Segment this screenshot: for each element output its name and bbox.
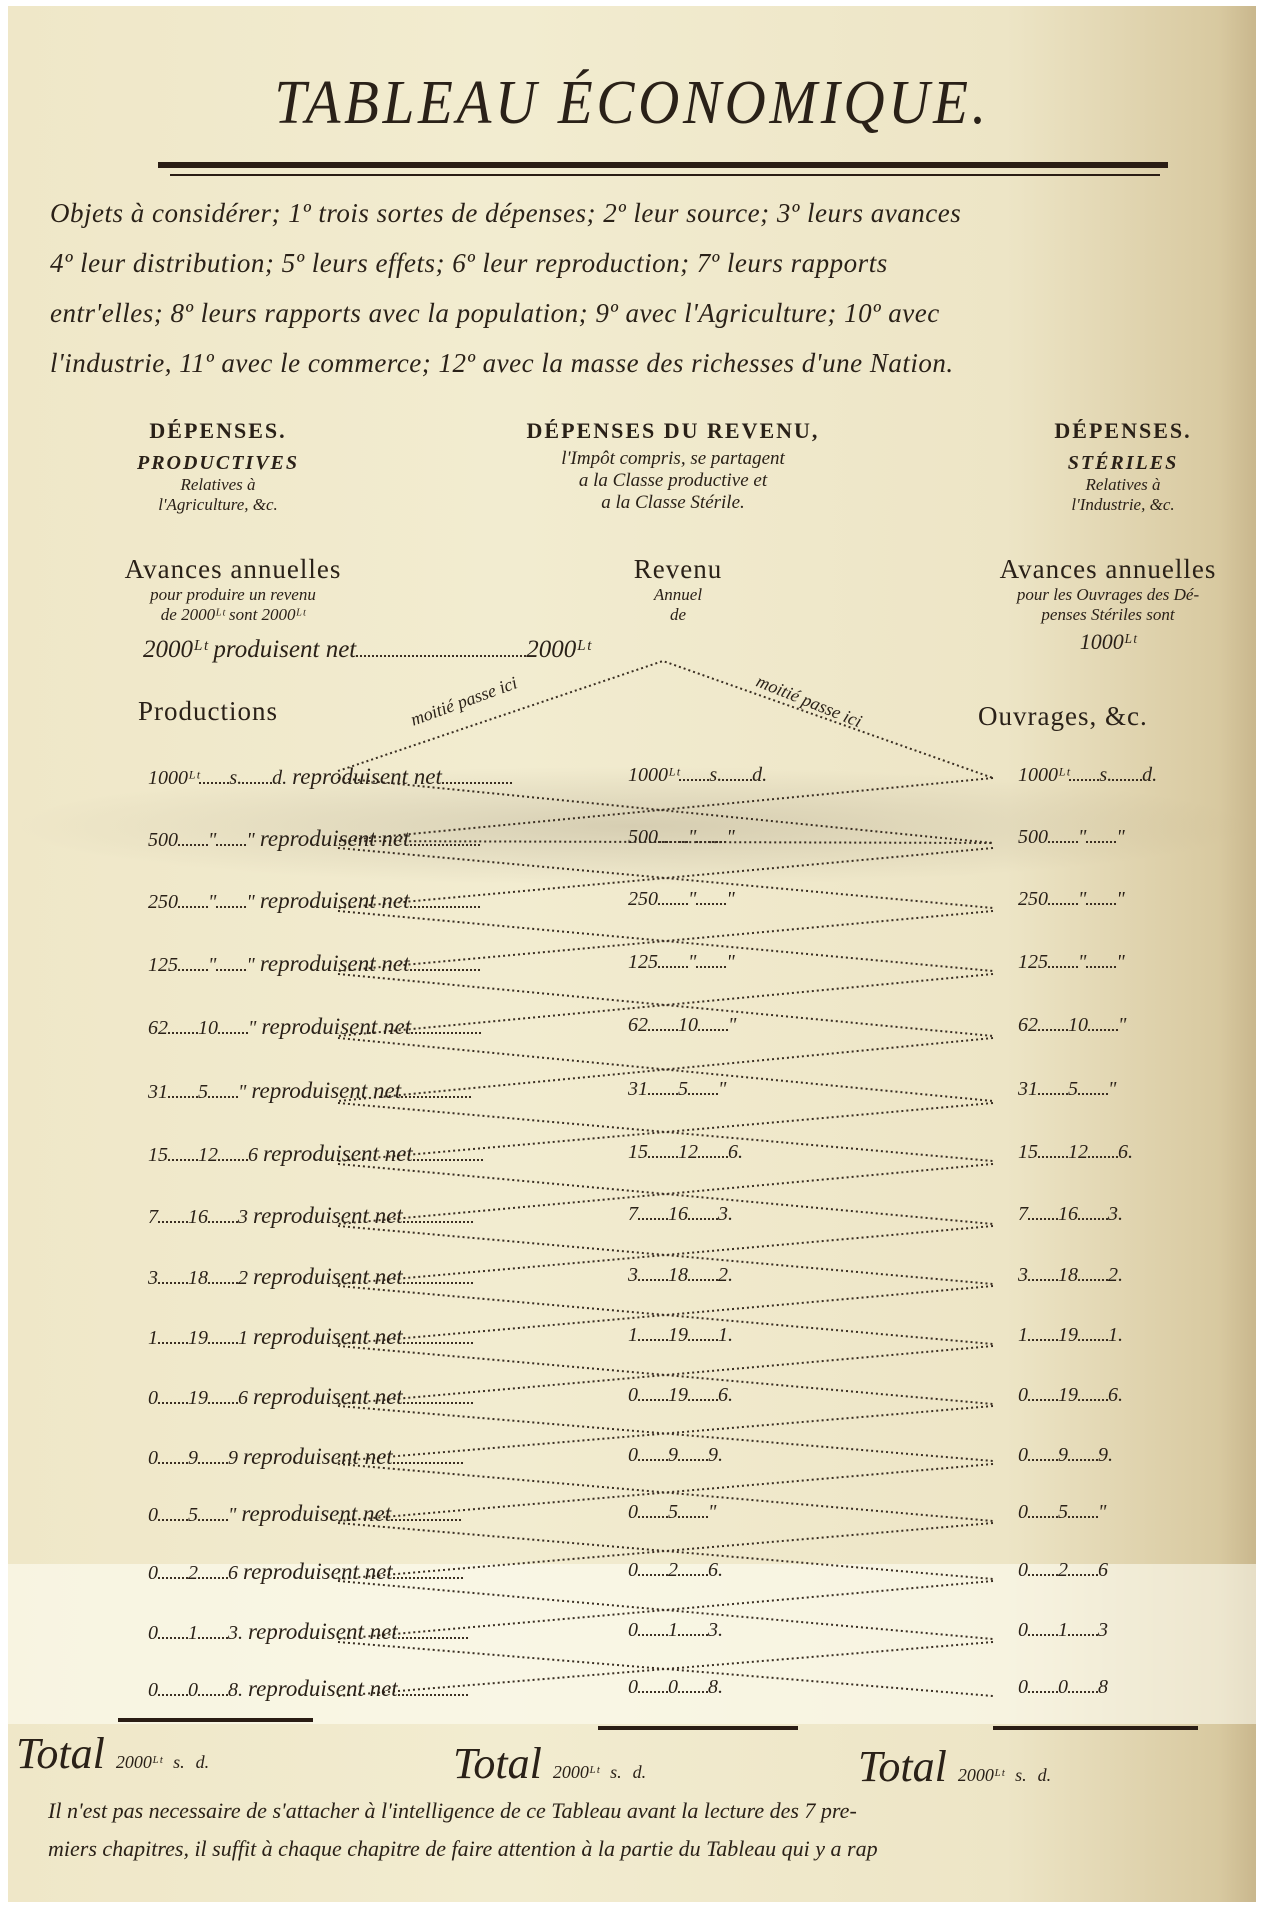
dotted-leader <box>1028 1333 1058 1341</box>
row-value: reproduisent net <box>248 1676 398 1701</box>
dotted-leader <box>1068 1628 1098 1636</box>
dotted-leader <box>208 1336 238 1344</box>
row-value: 3 <box>148 1267 158 1289</box>
dotted-leader <box>410 838 480 846</box>
dotted-leader <box>158 1336 188 1344</box>
row-value: 0 <box>188 1679 198 1701</box>
row-value: 15 <box>1018 1141 1038 1163</box>
row-value: 3 <box>1098 1619 1108 1641</box>
row-right-11: 099. <box>1018 1444 1113 1467</box>
intro-line-1: Objets à considérer; 1º trois sortes de … <box>50 198 961 229</box>
row-value: 0 <box>148 1562 158 1584</box>
row-value: reproduisent net <box>251 1078 401 1103</box>
row-value: 3 <box>1018 1264 1028 1286</box>
dotted-leader <box>1028 1510 1058 1518</box>
center-column-header: DÉPENSES DU REVENU, l'Impôt compris, se … <box>448 418 898 514</box>
left-note-1: Relatives à <box>103 475 333 495</box>
right-avances-title: Avances annuelles <box>958 554 1258 585</box>
page-title: TABLEAU ÉCONOMIQUE. <box>58 68 1206 139</box>
dotted-leader <box>178 963 208 971</box>
row-value: 15 <box>148 1144 168 1166</box>
dotted-leader <box>1068 1568 1098 1576</box>
row-value: reproduisent net <box>243 1559 393 1584</box>
right-column-header: DÉPENSES. STÉRILES Relatives à l'Industr… <box>1008 418 1238 515</box>
dotted-leader <box>403 1336 473 1344</box>
row-value: 1 <box>1058 1619 1068 1641</box>
row-value: s. <box>229 767 242 789</box>
dotted-leader <box>158 1396 188 1404</box>
row-value: 18 <box>1058 1264 1078 1286</box>
row-center-9: 1191. <box>628 1324 733 1347</box>
row-value: 6 <box>238 1387 248 1409</box>
dotted-leader <box>698 1150 728 1158</box>
row-value: 1000ᴸᵗ <box>628 764 679 786</box>
dotted-leader <box>688 1393 718 1401</box>
row-value: reproduisent net <box>248 1619 398 1644</box>
dotted-leader <box>398 1631 468 1639</box>
dotted-leader <box>208 1396 238 1404</box>
row-value: 1 <box>668 1619 678 1641</box>
row-value: s. <box>709 764 722 786</box>
row-value: 1 <box>148 1327 158 1349</box>
dotted-leader <box>218 1153 248 1161</box>
dotted-leader <box>638 1393 668 1401</box>
row-value: reproduisent net <box>261 1014 411 1039</box>
dotted-leader <box>696 960 726 968</box>
row-value: 9 <box>228 1447 238 1469</box>
intro-line-2: 4º leur distribution; 5º leurs effets; 6… <box>50 248 888 279</box>
row-value: 250 <box>148 891 178 913</box>
row-center-12: 05" <box>628 1501 716 1524</box>
row-value: " <box>1078 951 1086 973</box>
row-value: 3. <box>708 1619 723 1641</box>
row-value: 2 <box>668 1559 678 1581</box>
row-value: 0 <box>148 1504 158 1526</box>
row-right-8: 3182. <box>1018 1264 1123 1287</box>
dotted-leader <box>413 1153 483 1161</box>
row-value: " <box>1078 888 1086 910</box>
net-line-label: 2000ᴸᵗ produisent net <box>143 636 356 663</box>
row-value: " <box>708 1501 716 1523</box>
row-value: 6. <box>1108 1384 1123 1406</box>
dotted-leader <box>158 1456 188 1464</box>
row-value: 0 <box>628 1676 638 1698</box>
dotted-leader <box>638 1685 668 1693</box>
row-right-3: 125"" <box>1018 951 1125 974</box>
row-value: 5 <box>678 1078 688 1100</box>
row-value: 1. <box>1108 1324 1123 1346</box>
total-d: d. <box>1038 1765 1052 1785</box>
center-heading: DÉPENSES DU REVENU, <box>448 418 898 444</box>
dotted-leader <box>1068 1685 1098 1693</box>
row-value: 250 <box>1018 888 1048 910</box>
row-center-7: 7163. <box>628 1203 733 1226</box>
row-value: 3. <box>718 1203 733 1225</box>
row-value: 62 <box>628 1014 648 1036</box>
row-value: 0 <box>148 1679 158 1701</box>
row-center-0: 1000ᴸᵗs.d. <box>628 764 767 787</box>
dotted-leader <box>158 1215 188 1223</box>
total-d: d. <box>196 1752 210 1772</box>
dotted-leader <box>391 1513 461 1521</box>
right-avances: Avances annuelles pour les Ouvrages des … <box>958 554 1258 655</box>
row-value: 1000ᴸᵗ <box>148 767 199 789</box>
dotted-leader <box>403 1215 473 1223</box>
dotted-leader <box>199 776 229 784</box>
row-value: 10 <box>678 1014 698 1036</box>
row-value: 1 <box>238 1327 248 1349</box>
row-value: 0 <box>148 1387 158 1409</box>
row-value: 2. <box>1108 1264 1123 1286</box>
row-center-11: 099. <box>628 1444 723 1467</box>
row-center-5: 315" <box>628 1078 726 1101</box>
center-note-2: a la Classe productive et <box>448 470 898 492</box>
left-note-2: l'Agriculture, &c. <box>103 495 333 515</box>
row-value: " <box>726 826 734 848</box>
row-value: 8 <box>1098 1676 1108 1698</box>
right-avances-line-2: penses Stériles sont <box>958 605 1258 625</box>
row-value: 9 <box>188 1447 198 1469</box>
row-value: 0 <box>628 1444 638 1466</box>
row-left-8: 3182 reproduisent net <box>148 1264 473 1290</box>
dotted-leader <box>158 1631 188 1639</box>
row-value: 9. <box>708 1444 723 1466</box>
row-value: 7 <box>628 1203 638 1225</box>
dotted-leader <box>1069 773 1099 781</box>
row-value: 6 <box>1098 1559 1108 1581</box>
row-value: 31 <box>628 1078 648 1100</box>
row-value: 2 <box>188 1562 198 1584</box>
row-value: 10 <box>1068 1014 1088 1036</box>
total-s: s. <box>1015 1765 1027 1785</box>
row-value: 19 <box>188 1387 208 1409</box>
row-value: 6. <box>728 1141 743 1163</box>
dotted-leader <box>1048 897 1078 905</box>
row-value: " <box>1116 888 1124 910</box>
row-value: reproduisent net <box>253 1203 403 1228</box>
row-value: " <box>248 1017 256 1039</box>
dotted-leader <box>1038 1087 1068 1095</box>
dotted-leader <box>678 1628 708 1636</box>
row-value: 9. <box>1098 1444 1113 1466</box>
row-value: 6 <box>248 1144 258 1166</box>
row-value: 0 <box>1018 1676 1028 1698</box>
row-value: 2. <box>718 1264 733 1286</box>
row-value: " <box>688 826 696 848</box>
row-value: 0 <box>148 1447 158 1469</box>
row-right-14: 013 <box>1018 1619 1108 1642</box>
dotted-leader <box>1086 960 1116 968</box>
row-value: 16 <box>668 1203 688 1225</box>
total-d: d. <box>633 1762 647 1782</box>
dotted-leader <box>658 897 688 905</box>
row-right-12: 05" <box>1018 1501 1106 1524</box>
total-right: Total 2000ᴸᵗ s. d. <box>858 1741 1051 1792</box>
dotted-leader <box>1078 1212 1108 1220</box>
row-left-7: 7163 reproduisent net <box>148 1203 473 1229</box>
dotted-leader <box>178 838 208 846</box>
row-center-3: 125"" <box>628 951 735 974</box>
row-value: 31 <box>1018 1078 1038 1100</box>
dotted-leader <box>216 838 246 846</box>
row-value: d. <box>752 764 767 786</box>
row-value: 0 <box>1018 1384 1028 1406</box>
row-value: 125 <box>148 954 178 976</box>
dotted-leader <box>208 1276 238 1284</box>
total-s: s. <box>173 1752 185 1772</box>
total-label: Total <box>16 1729 105 1778</box>
row-left-13: 026 reproduisent net <box>148 1559 463 1585</box>
row-value: 5 <box>188 1504 198 1526</box>
row-value: reproduisent net <box>260 826 410 851</box>
row-right-7: 7163. <box>1018 1203 1123 1226</box>
row-right-0: 1000ᴸᵗs.d. <box>1018 764 1157 787</box>
row-value: " <box>1098 1501 1106 1523</box>
dotted-leader <box>638 1212 668 1220</box>
row-value: " <box>688 888 696 910</box>
dotted-leader <box>216 963 246 971</box>
row-value: " <box>726 951 734 973</box>
total-amount: 2000ᴸᵗ <box>116 1752 162 1772</box>
dotted-leader <box>648 1023 678 1031</box>
dotted-leader <box>658 960 688 968</box>
total-rule-1 <box>118 1718 313 1722</box>
diag-label-down-right: moitié passe ici <box>753 671 865 732</box>
row-value: d. <box>272 767 287 789</box>
dotted-leader <box>648 1087 678 1095</box>
dotted-leader <box>198 1688 228 1696</box>
row-left-6: 15126 reproduisent net <box>148 1141 483 1167</box>
row-right-5: 315" <box>1018 1078 1116 1101</box>
row-value: 19 <box>1058 1324 1078 1346</box>
right-subheading: STÉRILES <box>1008 452 1238 475</box>
dotted-leader <box>198 1456 228 1464</box>
row-value: 16 <box>188 1206 208 1228</box>
row-value: 10 <box>198 1017 218 1039</box>
dotted-leader <box>198 1513 228 1521</box>
row-value: 6. <box>1118 1141 1133 1163</box>
row-left-12: 05" reproduisent net <box>148 1501 461 1527</box>
dotted-leader <box>638 1628 668 1636</box>
right-note-2: l'Industrie, &c. <box>1008 495 1238 515</box>
row-value: 62 <box>1018 1014 1038 1036</box>
row-value: 16 <box>1058 1203 1078 1225</box>
dotted-leader <box>658 835 688 843</box>
dotted-leader <box>198 1571 228 1579</box>
left-subheading: PRODUCTIVES <box>103 452 333 475</box>
row-value: 250 <box>628 888 658 910</box>
row-value: 31 <box>148 1081 168 1103</box>
right-note-1: Relatives à <box>1008 475 1238 495</box>
row-value: 2 <box>1058 1559 1068 1581</box>
dotted-leader <box>698 1023 728 1031</box>
dotted-leader <box>1028 1393 1058 1401</box>
dotted-leader <box>678 1685 708 1693</box>
dotted-leader <box>1038 1150 1068 1158</box>
row-value: " <box>228 1504 236 1526</box>
dotted-leader <box>403 1276 473 1284</box>
row-center-8: 3182. <box>628 1264 733 1287</box>
row-value: 1000ᴸᵗ <box>1018 764 1069 786</box>
dotted-leader <box>1028 1685 1058 1693</box>
dotted-leader <box>158 1276 188 1284</box>
left-avances: Avances annuelles pour produire un reven… <box>68 554 398 625</box>
row-value: 5 <box>1058 1501 1068 1523</box>
dotted-leader <box>168 1090 198 1098</box>
dotted-leader <box>688 1087 718 1095</box>
dotted-leader <box>696 835 726 843</box>
dotted-leader <box>198 1631 228 1639</box>
total-rule-2 <box>598 1726 798 1730</box>
diag-label-up-left: moitié passe ici <box>408 672 520 730</box>
footnote-line-2: miers chapitres, il suffit à chaque chap… <box>48 1836 878 1862</box>
row-value: 9 <box>668 1444 678 1466</box>
dotted-leader <box>1086 835 1116 843</box>
dotted-leader <box>398 1688 468 1696</box>
dotted-leader <box>678 1510 708 1518</box>
dotted-leader <box>410 900 480 908</box>
dotted-leader <box>1112 773 1142 781</box>
dotted-leader <box>168 1153 198 1161</box>
row-left-14: 013. reproduisent net <box>148 1619 468 1645</box>
dotted-leader <box>638 1273 668 1281</box>
row-center-1: 500"" <box>628 826 735 849</box>
dotted-leader <box>1038 1023 1068 1031</box>
row-value: 0 <box>1018 1501 1028 1523</box>
row-value: 3 <box>628 1264 638 1286</box>
dotted-leader <box>168 1026 198 1034</box>
row-left-2: 250"" reproduisent net <box>148 888 480 914</box>
row-value: 0 <box>628 1619 638 1641</box>
row-value: 18 <box>668 1264 688 1286</box>
dotted-leader <box>393 1456 463 1464</box>
row-value: " <box>246 954 254 976</box>
row-value: d. <box>1142 764 1157 786</box>
row-value: 1 <box>1018 1324 1028 1346</box>
row-value: 0 <box>1018 1619 1028 1641</box>
row-value: 9 <box>1058 1444 1068 1466</box>
row-value: 3 <box>238 1206 248 1228</box>
row-right-1: 500"" <box>1018 826 1125 849</box>
intro-line-4: l'industrie, 11º avec le commerce; 12º a… <box>50 348 954 379</box>
right-avances-line-1: pour les Ouvrages des Dé- <box>958 585 1258 605</box>
dotted-leader <box>1088 1150 1118 1158</box>
row-value: 125 <box>1018 951 1048 973</box>
row-value: 0 <box>628 1384 638 1406</box>
row-value: reproduisent net <box>241 1501 391 1526</box>
revenu-line-2: de <box>578 605 778 625</box>
dotted-leader <box>158 1688 188 1696</box>
row-value: 0 <box>628 1559 638 1581</box>
dotted-leader <box>679 773 709 781</box>
row-value: 19 <box>668 1384 688 1406</box>
row-right-6: 15126. <box>1018 1141 1133 1164</box>
row-value: 125 <box>628 951 658 973</box>
row-right-13: 026 <box>1018 1559 1108 1582</box>
ouvrages-label: Ouvrages, &c. <box>978 701 1148 732</box>
row-value: 5 <box>1068 1078 1078 1100</box>
row-value: 62 <box>148 1017 168 1039</box>
row-value: 1 <box>188 1622 198 1644</box>
row-value: " <box>728 1014 736 1036</box>
row-value: 6. <box>718 1384 733 1406</box>
right-heading: DÉPENSES. <box>1008 418 1238 444</box>
title-rule-thin <box>170 174 1160 176</box>
dotted-leader <box>688 1212 718 1220</box>
row-value: reproduisent net <box>260 951 410 976</box>
row-value: reproduisent net <box>253 1384 403 1409</box>
row-right-4: 6210" <box>1018 1014 1126 1037</box>
dotted-leader <box>678 1453 708 1461</box>
dotted-leader <box>1078 1087 1108 1095</box>
dotted-leader <box>638 1453 668 1461</box>
total-center: Total 2000ᴸᵗ s. d. <box>453 1738 646 1789</box>
dotted-leader <box>178 900 208 908</box>
row-value: 7 <box>148 1206 158 1228</box>
dotted-leader <box>1088 1023 1118 1031</box>
row-value: 6. <box>708 1559 723 1581</box>
row-left-11: 099 reproduisent net <box>148 1444 463 1470</box>
dotted-leader <box>1048 835 1078 843</box>
total-amount: 2000ᴸᵗ <box>958 1765 1004 1785</box>
row-value: " <box>726 888 734 910</box>
row-right-15: 008 <box>1018 1676 1108 1699</box>
document-page: TABLEAU ÉCONOMIQUE. Objets à considérer;… <box>8 6 1256 1902</box>
dotted-leader <box>158 1513 188 1521</box>
dotted-leader <box>401 1090 471 1098</box>
row-value: 7 <box>1018 1203 1028 1225</box>
row-value: reproduisent net <box>292 764 442 789</box>
row-center-13: 026. <box>628 1559 723 1582</box>
row-value: " <box>718 1078 726 1100</box>
dotted-leader <box>208 1215 238 1223</box>
dotted-leader <box>1078 1333 1108 1341</box>
row-left-10: 0196 reproduisent net <box>148 1384 473 1410</box>
dotted-leader <box>678 1568 708 1576</box>
row-value: " <box>208 891 216 913</box>
row-value: 12 <box>678 1141 698 1163</box>
row-left-4: 6210" reproduisent net <box>148 1014 481 1040</box>
row-value: 3. <box>1108 1203 1123 1225</box>
dotted-leader <box>1028 1453 1058 1461</box>
dotted-leader <box>1028 1273 1058 1281</box>
title-rule-thick <box>158 162 1168 168</box>
row-value: 19 <box>668 1324 688 1346</box>
row-value: 0 <box>628 1501 638 1523</box>
row-value: " <box>238 1081 246 1103</box>
net-line-center: 2000ᴸᵗ <box>526 636 590 663</box>
row-value: 1 <box>628 1324 638 1346</box>
dotted-leader <box>410 963 480 971</box>
row-center-2: 250"" <box>628 888 735 911</box>
dotted-leader <box>688 1333 718 1341</box>
dotted-leader <box>218 1026 248 1034</box>
dotted-leader <box>1028 1568 1058 1576</box>
row-value: 0 <box>1018 1444 1028 1466</box>
dotted-leader <box>208 1090 238 1098</box>
row-value: 8. <box>708 1676 723 1698</box>
total-label: Total <box>453 1739 542 1788</box>
total-amount: 2000ᴸᵗ <box>553 1762 599 1782</box>
left-avances-title: Avances annuelles <box>68 554 398 585</box>
dotted-leader <box>216 900 246 908</box>
row-value: 5 <box>668 1501 678 1523</box>
dotted-leader <box>722 773 752 781</box>
dotted-leader <box>648 1150 678 1158</box>
row-value: reproduisent net <box>253 1324 403 1349</box>
row-value: " <box>1108 1078 1116 1100</box>
row-value: 15 <box>628 1141 648 1163</box>
